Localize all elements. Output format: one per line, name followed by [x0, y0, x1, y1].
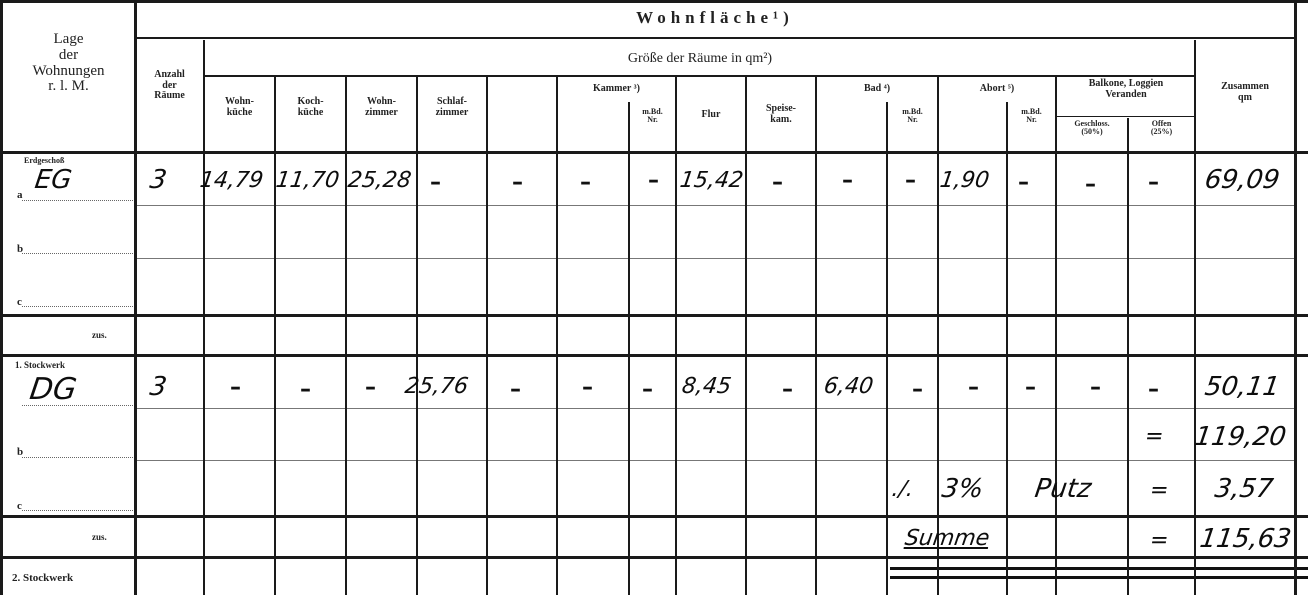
header-text: zimmer [418, 108, 486, 119]
header-text: Nr. [630, 116, 675, 124]
rule [1006, 102, 1008, 595]
header-text: der [3, 48, 134, 64]
s1-kammer: – [582, 375, 593, 400]
header-lage: Lage der Wohnungen r. l. M. [3, 32, 134, 95]
section-title: Wohnfläche¹) [135, 9, 1295, 27]
header-text: Veranden [1057, 90, 1195, 101]
eg-offen: – [1148, 170, 1159, 195]
deduct-prefix: ./. [890, 477, 915, 502]
rule [135, 408, 1295, 409]
rule [0, 314, 1308, 317]
row-label-zus: zus. [92, 532, 107, 542]
dotline [22, 200, 135, 201]
s1-schlafzimmer: 25,76 [403, 374, 469, 399]
s1-wohnzimmer: – [365, 375, 376, 400]
rule [1194, 40, 1196, 595]
s1-abort-nr: – [1025, 375, 1036, 400]
subsection-title: Größe der Räume in qm²) [205, 52, 1195, 67]
s1-wohnkueche: – [230, 375, 241, 400]
s1-bad: 6,40 [822, 374, 874, 399]
rule [815, 77, 817, 595]
eg-wohnkueche: 14,79 [198, 168, 264, 193]
header-text: Balkone, Loggien [1057, 79, 1195, 90]
header-text: küche [276, 108, 345, 119]
eg-blank: – [512, 170, 523, 195]
dotline [22, 510, 135, 511]
sum-eq: = [1143, 424, 1165, 449]
header-text: (25%) [1129, 128, 1194, 136]
s1-abort: – [968, 375, 979, 400]
eg-zusammen: 69,09 [1203, 165, 1282, 195]
wohnflaeche-form: Lage der Wohnungen r. l. M. Wohnfläche¹)… [0, 0, 1308, 595]
header-abort-sub: m.Bd. Nr. [1008, 108, 1055, 125]
header-wohnzimmer: Wohn- zimmer [347, 97, 416, 118]
s1-geschlossen: – [1090, 375, 1101, 400]
header-zusammen: Zusammen qm [1196, 82, 1294, 103]
header-text: Nr. [888, 116, 937, 124]
rule [1055, 116, 1195, 117]
rule [1294, 0, 1297, 595]
sum-value: 119,20 [1193, 422, 1288, 452]
header-geschlossen: Geschloss. (50%) [1057, 120, 1127, 137]
rule [135, 37, 1295, 39]
rule [205, 75, 1195, 77]
eg-flur: 15,42 [678, 168, 744, 193]
header-kammer: Kammer ³) [558, 84, 675, 95]
row-label-a: a [17, 189, 23, 201]
header-abort: Abort ⁵) [939, 84, 1055, 95]
header-speisekam: Speise- kam. [747, 104, 815, 125]
rule [1127, 118, 1129, 595]
s1-flur: 8,45 [680, 374, 732, 399]
rule [937, 77, 939, 595]
row-label-erdgeschoss: Erdgeschoß [24, 156, 64, 165]
rule [135, 258, 1295, 259]
rule [0, 515, 1308, 518]
header-text: (50%) [1057, 128, 1127, 136]
row-label-stock1: 1. Stockwerk [15, 360, 65, 370]
total-eq: = [1148, 528, 1170, 553]
double-rule [890, 567, 1308, 579]
hw-lage-dg: DG [28, 372, 79, 407]
eg-abort-nr: – [1018, 170, 1029, 195]
rule [135, 460, 1295, 461]
header-text: Wohnungen [3, 64, 134, 80]
rule [345, 77, 347, 595]
dotline [22, 253, 135, 254]
header-wohnkueche: Wohn- küche [205, 97, 274, 118]
eg-schlafzimmer: – [430, 170, 441, 195]
header-text: Anzahl [136, 70, 203, 81]
header-text: küche [205, 108, 274, 119]
header-text: Räume [136, 91, 203, 102]
deduct-value: 3,57 [1213, 474, 1275, 504]
s1-bad-nr: – [912, 377, 923, 402]
total-value: 115,63 [1198, 524, 1293, 554]
s1-zusammen: 50,11 [1203, 372, 1282, 402]
rule [0, 354, 1308, 357]
header-kammer-sub: m.Bd. Nr. [630, 108, 675, 125]
eg-abort: 1,90 [938, 168, 990, 193]
rule [1055, 77, 1057, 595]
rule [745, 77, 747, 595]
eg-kammer: – [580, 170, 591, 195]
hw-lage-eg: EG [33, 165, 74, 195]
rule [0, 556, 1308, 559]
header-bad-sub: m.Bd. Nr. [888, 108, 937, 125]
eg-wohnzimmer: 25,28 [346, 168, 412, 193]
s1-kammer-nr: – [642, 377, 653, 402]
header-anzahl: Anzahl der Räume [136, 70, 203, 102]
eg-kochkueche: 11,70 [274, 168, 340, 193]
rule [135, 205, 1295, 206]
s1-blank: – [510, 377, 521, 402]
row-label-c: c [17, 296, 22, 308]
header-text: kam. [747, 115, 815, 126]
rule [628, 102, 630, 595]
header-text: Zusammen [1196, 82, 1294, 93]
rule [274, 77, 276, 595]
s1-speisekam: – [782, 377, 793, 402]
total-label: Summe [903, 526, 991, 551]
header-offen: Offen (25%) [1129, 120, 1194, 137]
rule [556, 77, 558, 595]
header-text: Koch- [276, 97, 345, 108]
rule [675, 77, 677, 595]
eg-kammer-nr: – [648, 168, 659, 193]
header-text: Lage [3, 32, 134, 48]
s1-offen: – [1148, 377, 1159, 402]
border-top [0, 0, 1308, 3]
row-label-c: c [17, 500, 22, 512]
eg-speisekam: – [772, 170, 783, 195]
eg-geschlossen: – [1085, 172, 1096, 197]
header-text: r. l. M. [3, 79, 134, 95]
header-flur: Flur [677, 110, 745, 121]
s1-anzahl: 3 [148, 372, 169, 402]
eg-anzahl: 3 [148, 165, 169, 195]
s1-kochkueche: – [300, 377, 311, 402]
rule [416, 77, 418, 595]
header-text: Wohn- [205, 97, 274, 108]
row-label-zus: zus. [92, 330, 107, 340]
row-label-b: b [17, 243, 23, 255]
header-text: Schlaf- [418, 97, 486, 108]
header-balkone: Balkone, Loggien Veranden [1057, 79, 1195, 100]
rule [0, 151, 1308, 154]
header-text: zimmer [347, 108, 416, 119]
deduct-label: Putz [1033, 474, 1093, 504]
header-bad: Bad ⁴) [817, 84, 937, 95]
deduct-eq: = [1148, 478, 1170, 503]
header-text: Nr. [1008, 116, 1055, 124]
row-label-b: b [17, 446, 23, 458]
header-schlafzimmer: Schlaf- zimmer [418, 97, 486, 118]
rule [886, 102, 888, 595]
eg-bad: – [842, 168, 853, 193]
deduct-pct: 3% [940, 474, 985, 504]
header-text: qm [1196, 93, 1294, 104]
row-label-stock2: 2. Stockwerk [12, 572, 73, 584]
dotline [22, 457, 135, 458]
rule [486, 77, 488, 595]
dotline [22, 306, 135, 307]
header-text: Speise- [747, 104, 815, 115]
rule [203, 40, 205, 595]
eg-bad-nr: – [905, 168, 916, 193]
header-kochkueche: Koch- küche [276, 97, 345, 118]
header-text: Wohn- [347, 97, 416, 108]
